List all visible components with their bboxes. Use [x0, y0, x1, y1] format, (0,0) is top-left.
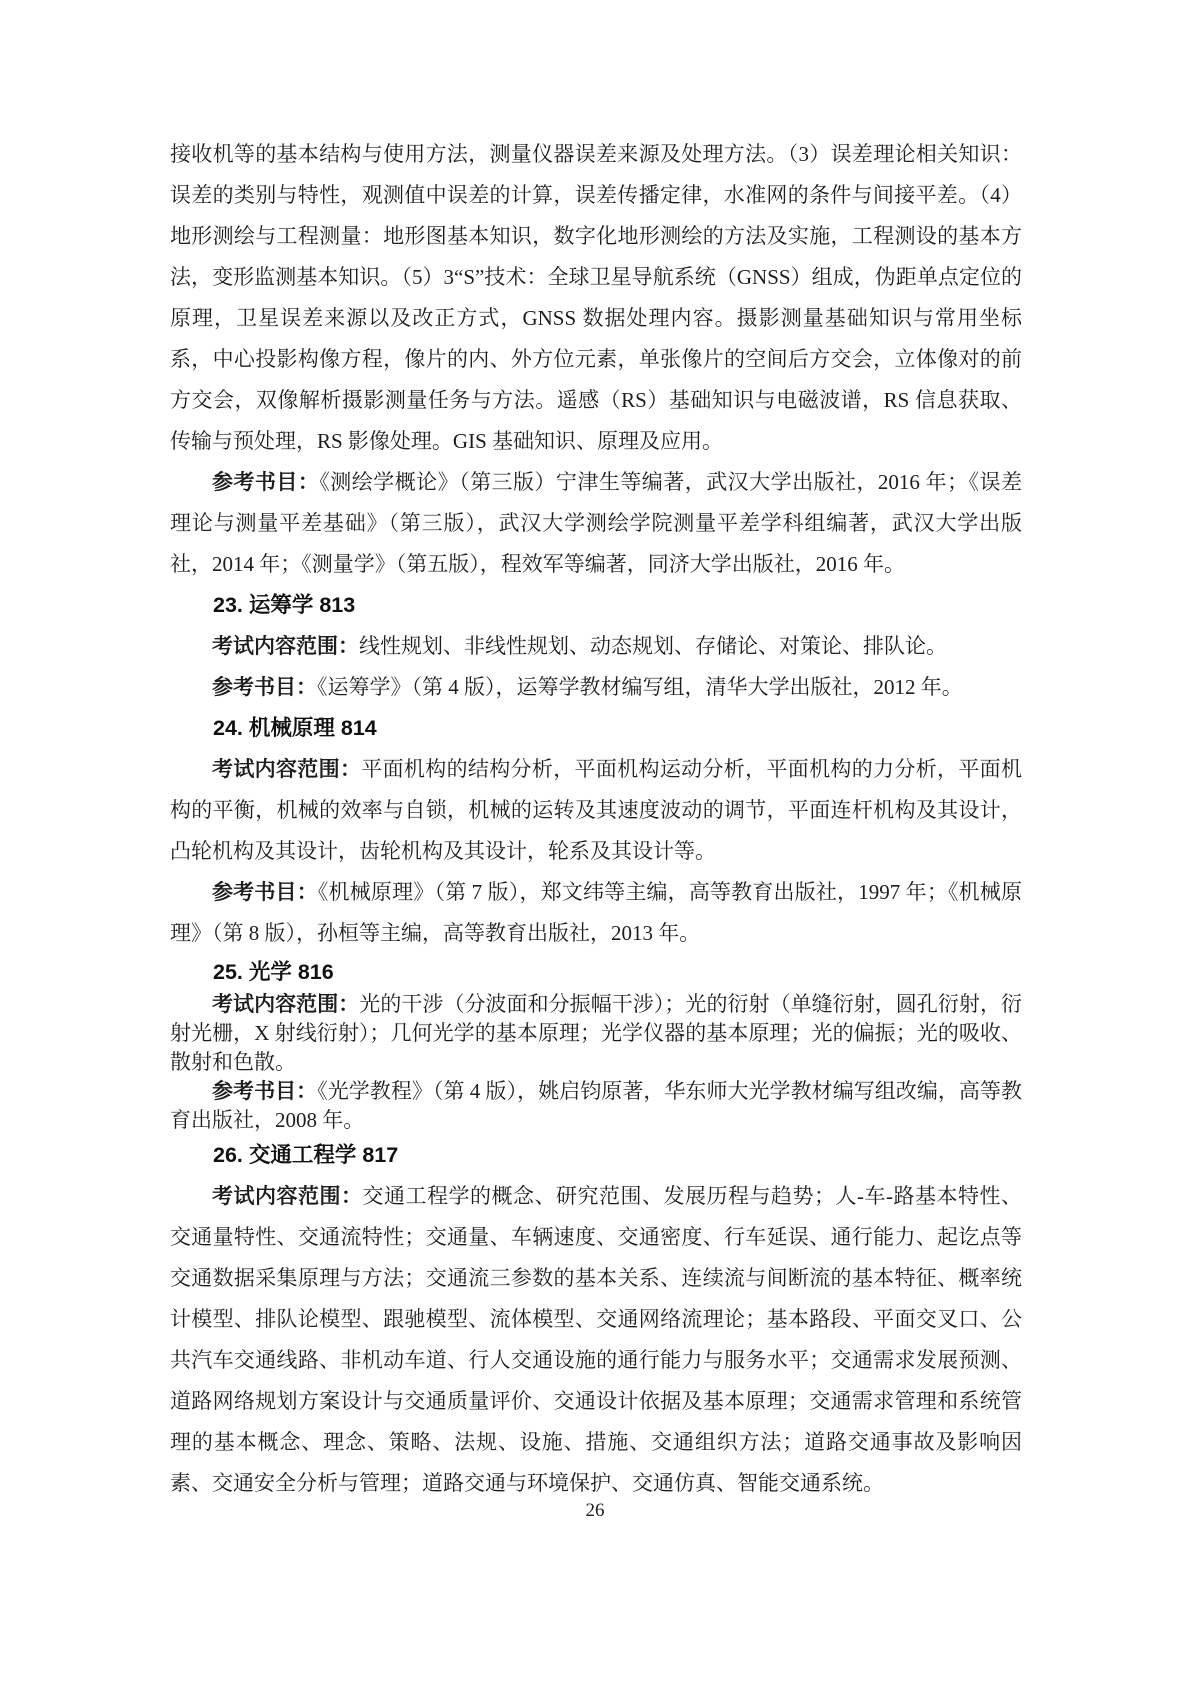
section-25-scope-paragraph: 考试内容范围：光的干涉（分波面和分振幅干涉）；光的衍射（单缝衍射，圆孔衍射，衍射…: [170, 990, 1022, 1077]
section-23-scope-text: 线性规划、非线性规划、动态规划、存储论、对策论、排队论。: [359, 634, 947, 658]
intro-references-paragraph: 参考书目：《测绘学概论》（第三版）宁津生等编著，武汉大学出版社，2016 年；《…: [170, 462, 1022, 585]
section-24-scope-paragraph: 考试内容范围：平面机构的结构分析，平面机构运动分析，平面机构的力分析，平面机构的…: [170, 749, 1022, 872]
section-23-references-text: 《运筹学》（第 4 版），运筹学教材编写组，清华大学出版社，2012 年。: [317, 675, 963, 699]
references-label: 参考书目：: [212, 470, 319, 494]
document-page: 接收机等的基本结构与使用方法，测量仪器误差来源及处理方法。（3）误差理论相关知识…: [0, 0, 1190, 1683]
intro-continuation-paragraph: 接收机等的基本结构与使用方法，测量仪器误差来源及处理方法。（3）误差理论相关知识…: [170, 134, 1022, 462]
section-23-heading: 23. 运筹学 813: [170, 585, 1022, 626]
section-26-scope-text: 交通工程学的概念、研究范围、发展历程与趋势；人-车-路基本特性、交通量特性、交通…: [170, 1184, 1022, 1495]
scope-label: 考试内容范围：: [212, 992, 359, 1016]
section-24-heading: 24. 机械原理 814: [170, 708, 1022, 749]
section-23-scope-paragraph: 考试内容范围：线性规划、非线性规划、动态规划、存储论、对策论、排队论。: [170, 626, 1022, 667]
section-25-optics: 25. 光学 816 考试内容范围：光的干涉（分波面和分振幅干涉）；光的衍射（单…: [170, 954, 1022, 1135]
page-number: 26: [0, 1500, 1190, 1522]
page-content: 接收机等的基本结构与使用方法，测量仪器误差来源及处理方法。（3）误差理论相关知识…: [170, 134, 1022, 1504]
section-23-operations-research: 23. 运筹学 813 考试内容范围：线性规划、非线性规划、动态规划、存储论、对…: [170, 585, 1022, 708]
references-label: 参考书目：: [212, 675, 317, 699]
references-label: 参考书目：: [212, 1079, 317, 1103]
references-label: 参考书目：: [212, 880, 318, 904]
section-24-references-paragraph: 参考书目：《机械原理》（第 7 版），郑文纬等主编，高等教育出版社，1997 年…: [170, 872, 1022, 954]
scope-label: 考试内容范围：: [212, 1184, 363, 1208]
section-25-references-paragraph: 参考书目：《光学教程》（第 4 版），姚启钧原著，华东师大光学教材编写组改编，高…: [170, 1077, 1022, 1135]
section-26-traffic-engineering: 26. 交通工程学 817 考试内容范围：交通工程学的概念、研究范围、发展历程与…: [170, 1135, 1022, 1504]
section-24-mechanism-theory: 24. 机械原理 814 考试内容范围：平面机构的结构分析，平面机构运动分析，平…: [170, 708, 1022, 954]
scope-label: 考试内容范围：: [212, 757, 361, 781]
section-26-heading: 26. 交通工程学 817: [170, 1135, 1022, 1176]
scope-label: 考试内容范围：: [212, 634, 359, 658]
section-25-heading: 25. 光学 816: [170, 954, 1022, 990]
section-23-references-paragraph: 参考书目：《运筹学》（第 4 版），运筹学教材编写组，清华大学出版社，2012 …: [170, 667, 1022, 708]
section-26-scope-paragraph: 考试内容范围：交通工程学的概念、研究范围、发展历程与趋势；人-车-路基本特性、交…: [170, 1176, 1022, 1504]
